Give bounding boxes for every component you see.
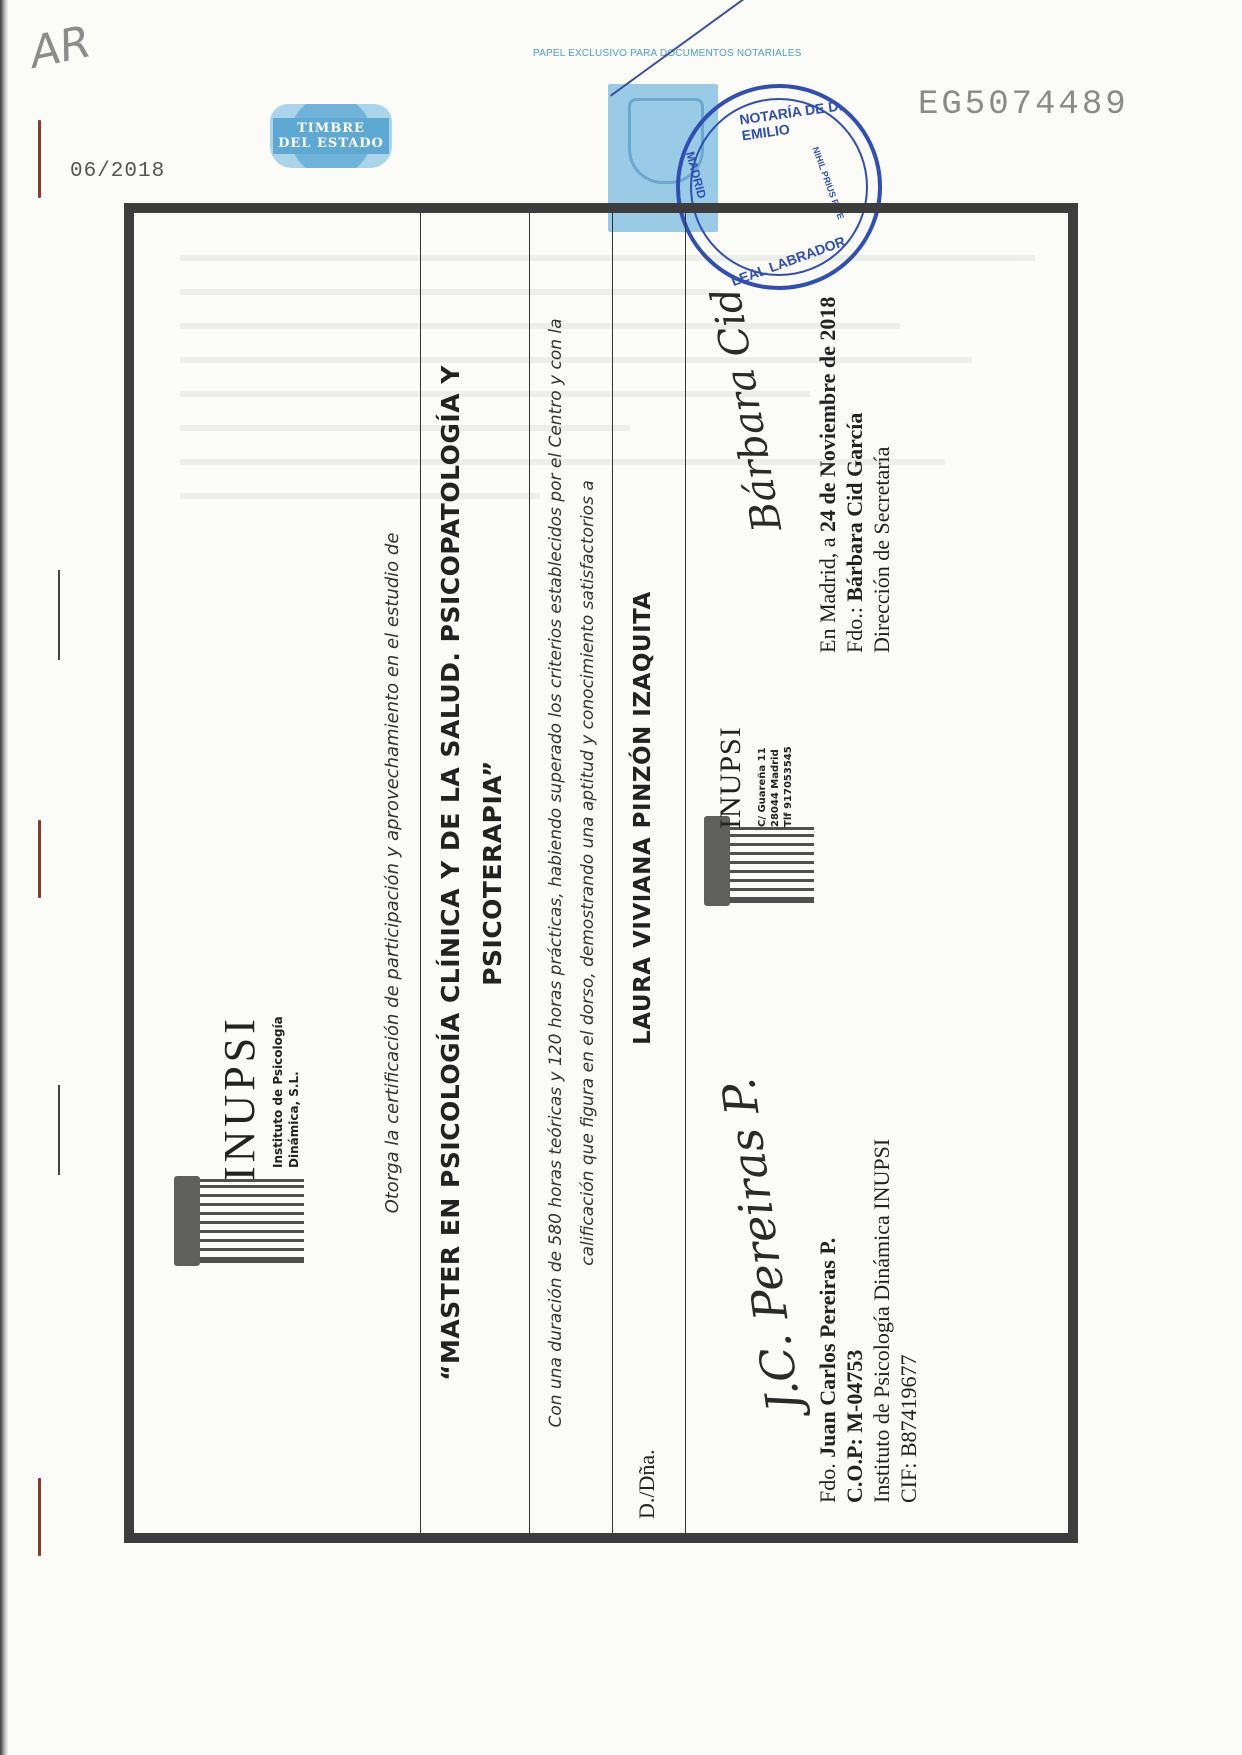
signer-right-name: Bárbara Cid García: [842, 413, 867, 602]
signer-left-name: Juan Carlos Pereiras P.: [815, 1238, 840, 1458]
description-line1: Con una duración de 580 horas teóricas y…: [540, 213, 572, 1533]
logo-subtitle-line2: Dinámica, S.L.: [286, 1016, 302, 1168]
issue-date: 24 de Noviembre de 2018: [815, 297, 840, 532]
degree-title: “MASTER EN PSICOLOGÍA CLÍNICA Y DE LA SA…: [430, 213, 514, 1533]
edge-mark: [58, 1085, 60, 1175]
signer-right-block: En Madrid, a 24 de Noviembre de 2018 Fdo…: [814, 297, 895, 653]
inupsi-stamp: INUPSI C/ Guareña 11 28044 Madrid Tlf 91…: [704, 643, 854, 903]
pencil-annotation: AR: [25, 16, 95, 78]
recipient-label: D./Dña.: [634, 1449, 660, 1519]
series-stamp: 06/2018: [70, 160, 165, 183]
timbre-del-estado-stamp: TIMBRE DEL ESTADO: [270, 104, 392, 168]
serial-number: EG5074489: [918, 86, 1129, 124]
stamp-address-line2: 28044 Madrid: [769, 746, 782, 827]
certificate-content: INUPSI Instituto de Psicología Dinámica,…: [134, 213, 1068, 1533]
signer-left-block: Fdo. Juan Carlos Pereiras P. C.O.P: M-04…: [814, 1139, 922, 1503]
column-icon: [704, 827, 814, 903]
staple-mark: [38, 1478, 41, 1556]
stamp-address-line1: C/ Guareña 11: [756, 746, 769, 827]
timbre-line2: DEL ESTADO: [278, 136, 384, 151]
inupsi-logo: INUPSI Instituto de Psicología Dinámica,…: [174, 963, 324, 1263]
logo-name: INUPSI: [214, 1015, 265, 1181]
signer-left-institution: Instituto de Psicología Dinámica INUPSI: [868, 1139, 895, 1503]
signature-right: Bárbara Cid: [703, 284, 791, 535]
signer-left-cop: C.O.P: M-04753: [841, 1139, 868, 1503]
staple-mark: [38, 120, 41, 198]
fdo-label: Fdo.:: [842, 602, 867, 653]
fdo-label: Fdo.: [815, 1463, 840, 1503]
edge-mark: [58, 570, 60, 660]
signer-right-role: Dirección de Secretaría: [868, 297, 895, 653]
timbre-line1: TIMBRE: [297, 121, 365, 136]
intro-text: Otorga la certificación de participación…: [382, 213, 403, 1533]
logo-subtitle: Instituto de Psicología Dinámica, S.L.: [270, 1016, 302, 1168]
recipient-name: LAURA VIVIANA PINZÓN IZAQUITA: [630, 213, 656, 1423]
degree-title-line2: PSICOTERAPIA”: [472, 213, 514, 1533]
spacer: [420, 600, 422, 601]
staple-mark: [38, 820, 41, 898]
column-icon: [174, 1179, 304, 1263]
scan-edge: [0, 0, 8, 1755]
signer-left-cif: CIF: B87419677: [895, 1139, 922, 1503]
place-label: En Madrid, a: [815, 532, 840, 653]
stamp-name: INUPSI: [714, 726, 748, 829]
stamp-phone: Tlf 917053545: [782, 746, 795, 827]
description-line2: calificación que figura en el dorso, dem…: [572, 213, 604, 1533]
description: Con una duración de 580 horas teóricas y…: [540, 213, 604, 1533]
signature-left: J.C. Pereiras P.: [711, 1075, 811, 1415]
seal-left-text: MADRID: [683, 150, 709, 200]
seal-top-text: NOTARÍA DE D. EMILIO: [738, 93, 879, 144]
logo-subtitle-line1: Instituto de Psicología: [270, 1016, 286, 1168]
degree-title-line1: “MASTER EN PSICOLOGÍA CLÍNICA Y DE LA SA…: [430, 213, 472, 1533]
stamp-address: C/ Guareña 11 28044 Madrid Tlf 917053545: [756, 746, 795, 827]
